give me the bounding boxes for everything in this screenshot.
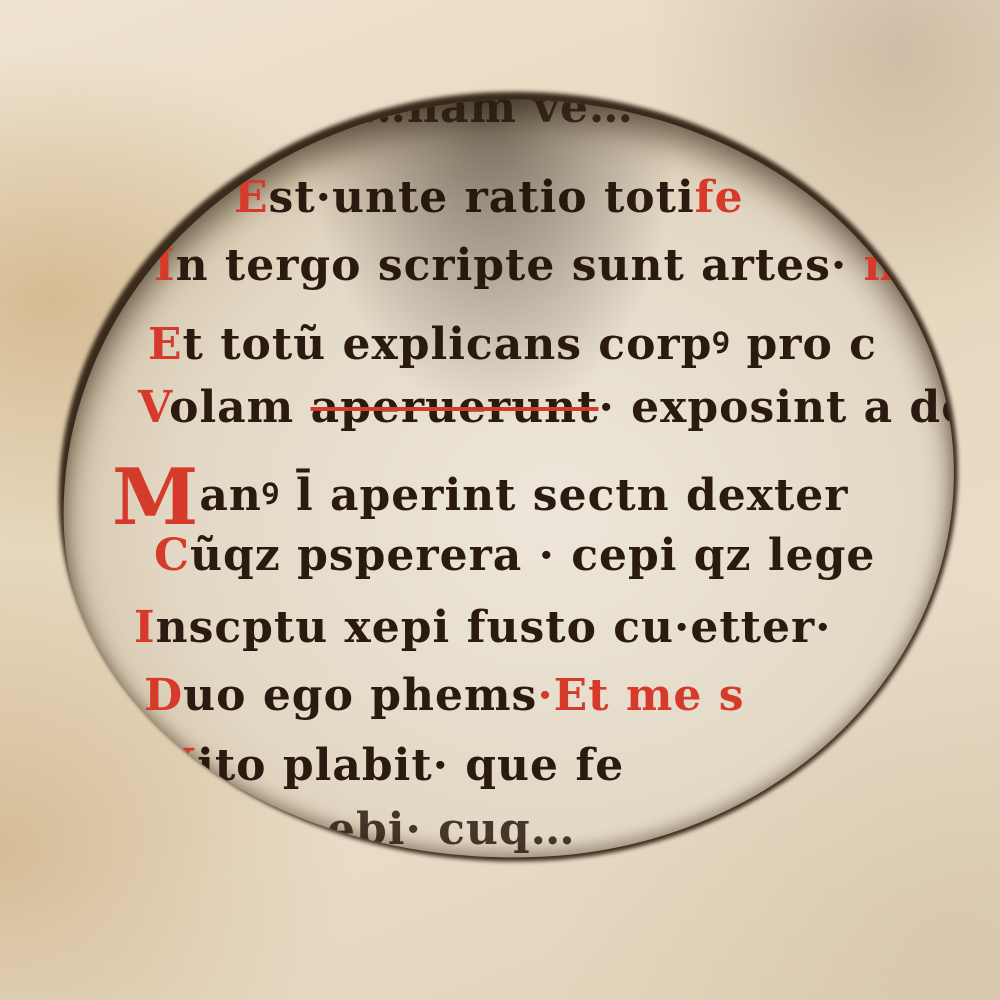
rubric-initial: V — [138, 382, 169, 433]
manuscript-line-6: Cũqz psperera · cepi qz lege — [154, 530, 875, 581]
manuscript-line-2: In tergo scripte sunt artes· n — [154, 240, 897, 291]
rubric-initial: E — [234, 172, 269, 223]
oval-window: …nam ve… Est·unte ratio totife In tergo … — [43, 77, 973, 881]
rubric-initial: X — [162, 740, 197, 791]
rubric-initial: C — [154, 530, 190, 581]
manuscript-line-1: Est·unte ratio totife — [234, 172, 744, 223]
manuscript-line-3: Et totũ explicans corpꝰ pro c — [148, 312, 877, 372]
rubric-initial: I — [134, 602, 156, 653]
manuscript-line-7: Inscptu xepi fusto cu·etter· — [134, 602, 832, 653]
struck-word: aperuerunt — [311, 382, 599, 433]
manuscript-line-9: Xito plabit· que fe — [162, 740, 624, 791]
manuscript-page: …nam ve… Est·unte ratio totife In tergo … — [62, 100, 954, 858]
rubric-initial: D — [144, 670, 183, 721]
rubric-initial: I — [154, 240, 176, 291]
manuscript-line-8: Duo ego phems·Et me s — [144, 670, 744, 721]
manuscript-line-4: Volam aperuerunt· exposint a de — [138, 382, 970, 433]
manuscript-line-10: …ebi· cuq… — [282, 804, 576, 855]
rubric-initial: E — [148, 319, 183, 370]
